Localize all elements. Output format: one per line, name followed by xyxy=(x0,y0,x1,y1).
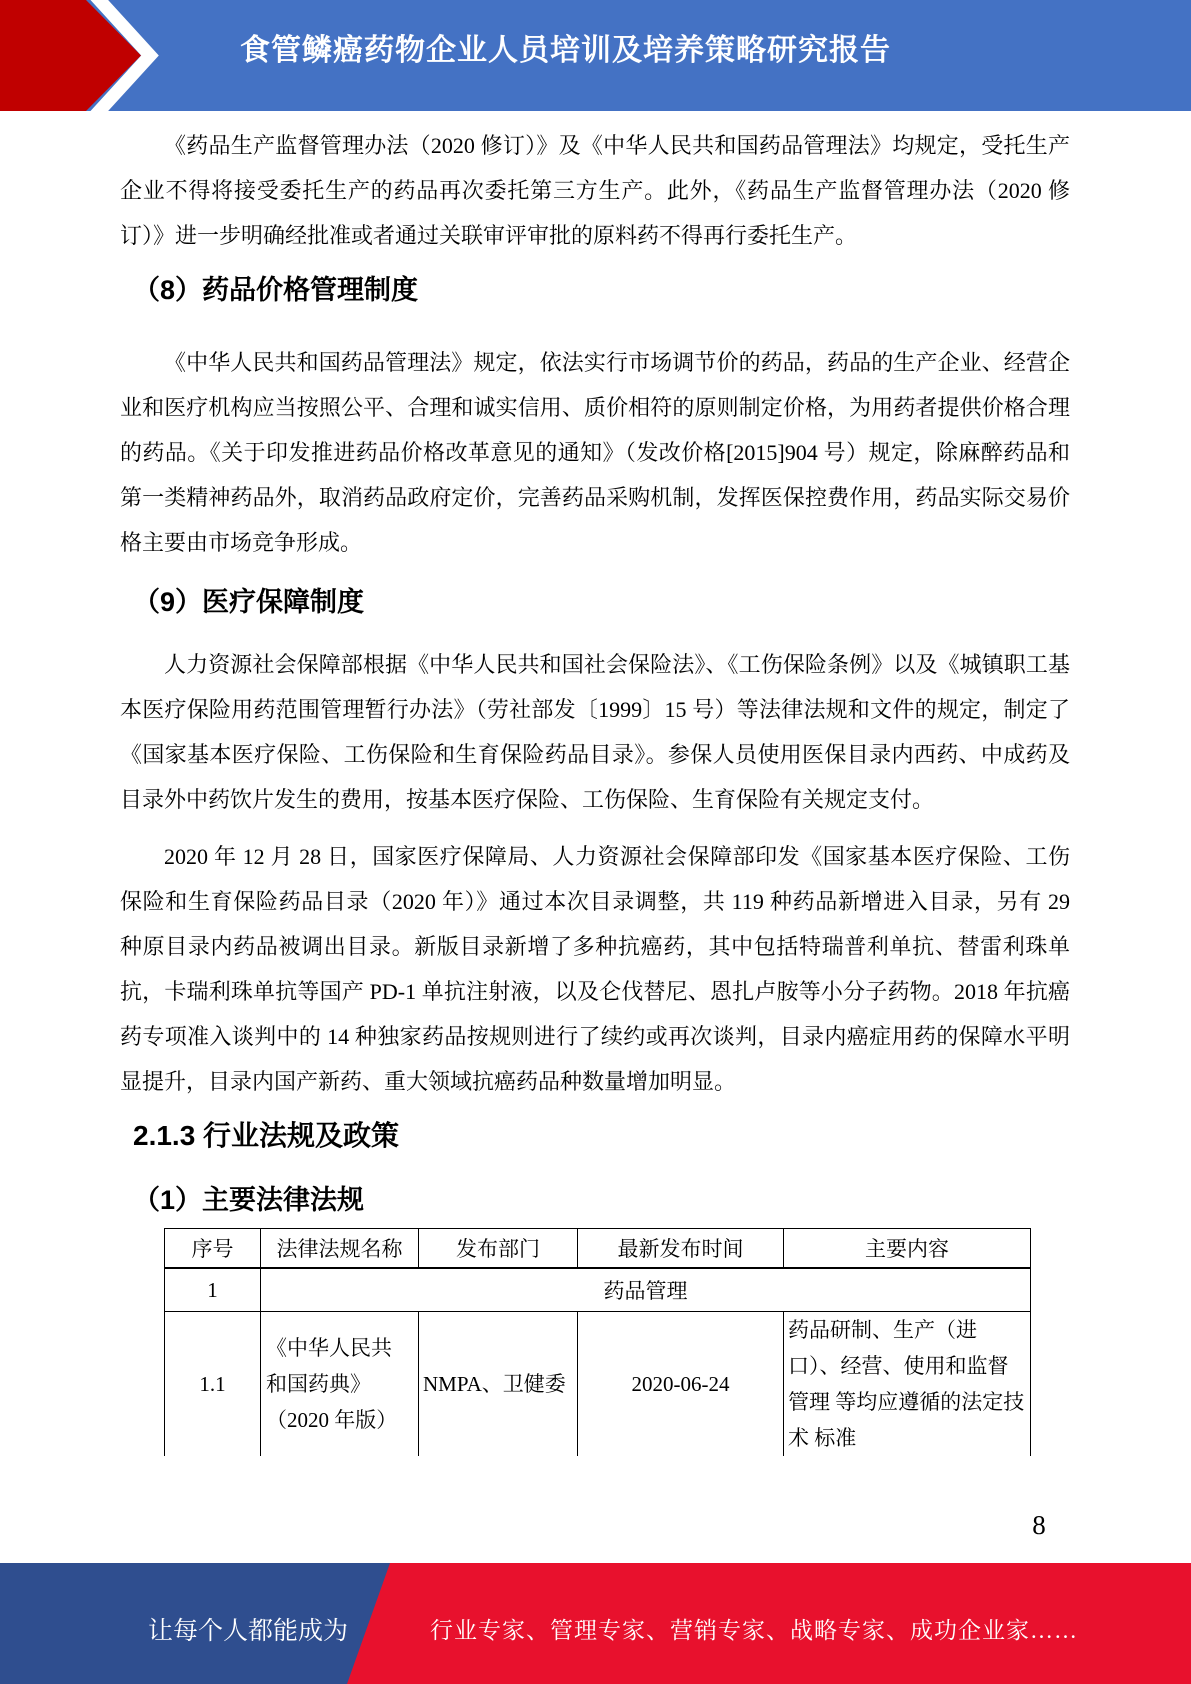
header-band: 食管鳞癌药物企业人员培训及培养策略研究报告 xyxy=(0,0,1191,111)
col-header-date: 最新发布时间 xyxy=(578,1229,784,1269)
heading-drug-price-management: （8）药品价格管理制度 xyxy=(133,272,418,308)
heading-main-laws: （1）主要法律法规 xyxy=(133,1182,364,1218)
red-chevron-arrow-icon xyxy=(0,0,175,111)
cell-index: 1 xyxy=(165,1268,261,1312)
col-header-content: 主要内容 xyxy=(784,1229,1031,1269)
cell-date: 2020-06-24 xyxy=(578,1312,784,1457)
paragraph-production-supervision: 《药品生产监督管理办法（2020 修订）》及《中华人民共和国药品管理法》均规定，… xyxy=(120,123,1070,258)
table-header-row: 序号 法律法规名称 发布部门 最新发布时间 主要内容 xyxy=(165,1229,1031,1269)
heading-medical-security: （9）医疗保障制度 xyxy=(133,584,364,620)
cell-category: 药品管理 xyxy=(261,1268,1031,1312)
col-header-issuer: 发布部门 xyxy=(419,1229,578,1269)
footer-slogan-left: 让每个人都能成为 xyxy=(142,1563,354,1684)
cell-issuer: NMPA、卫健委 xyxy=(419,1312,578,1457)
cell-main-content: 药品研制、生产（进口）、经营、使用和监督管理 等均应遵循的法定技术 标准 xyxy=(784,1312,1031,1457)
report-page: 食管鳞癌药物企业人员培训及培养策略研究报告 《药品生产监督管理办法（2020 修… xyxy=(0,0,1191,1684)
page-number: 8 xyxy=(1024,1510,1054,1541)
report-title: 食管鳞癌药物企业人员培训及培养策略研究报告 xyxy=(240,25,891,69)
paragraph-drug-price: 《中华人民共和国药品管理法》规定，依法实行市场调节价的药品，药品的生产企业、经营… xyxy=(120,340,1070,565)
laws-table: 序号 法律法规名称 发布部门 最新发布时间 主要内容 1 药品管理 1.1 《中… xyxy=(164,1228,1030,1456)
table-row: 1 药品管理 xyxy=(165,1268,1031,1312)
heading-industry-regulations: 2.1.3 行业法规及政策 xyxy=(133,1118,399,1154)
footer-band: 让每个人都能成为 行业专家、管理专家、营销专家、战略专家、成功企业家…… xyxy=(0,1563,1191,1684)
cell-law-name: 《中华人民共 和国药典》 （2020 年版） xyxy=(261,1312,419,1457)
footer-slogan-right: 行业专家、管理专家、营销专家、战略专家、成功企业家…… xyxy=(430,1563,1150,1684)
col-header-index: 序号 xyxy=(165,1229,261,1269)
table-row: 1.1 《中华人民共 和国药典》 （2020 年版） NMPA、卫健委 2020… xyxy=(165,1312,1031,1457)
paragraph-2020-catalog-adjustment: 2020 年 12 月 28 日，国家医疗保障局、人力资源社会保障部印发《国家基… xyxy=(120,834,1070,1104)
col-header-name: 法律法规名称 xyxy=(261,1229,419,1269)
paragraph-medical-insurance-catalog: 人力资源社会保障部根据《中华人民共和国社会保险法》、《工伤保险条例》以及《城镇职… xyxy=(120,642,1070,822)
cell-index: 1.1 xyxy=(165,1312,261,1457)
